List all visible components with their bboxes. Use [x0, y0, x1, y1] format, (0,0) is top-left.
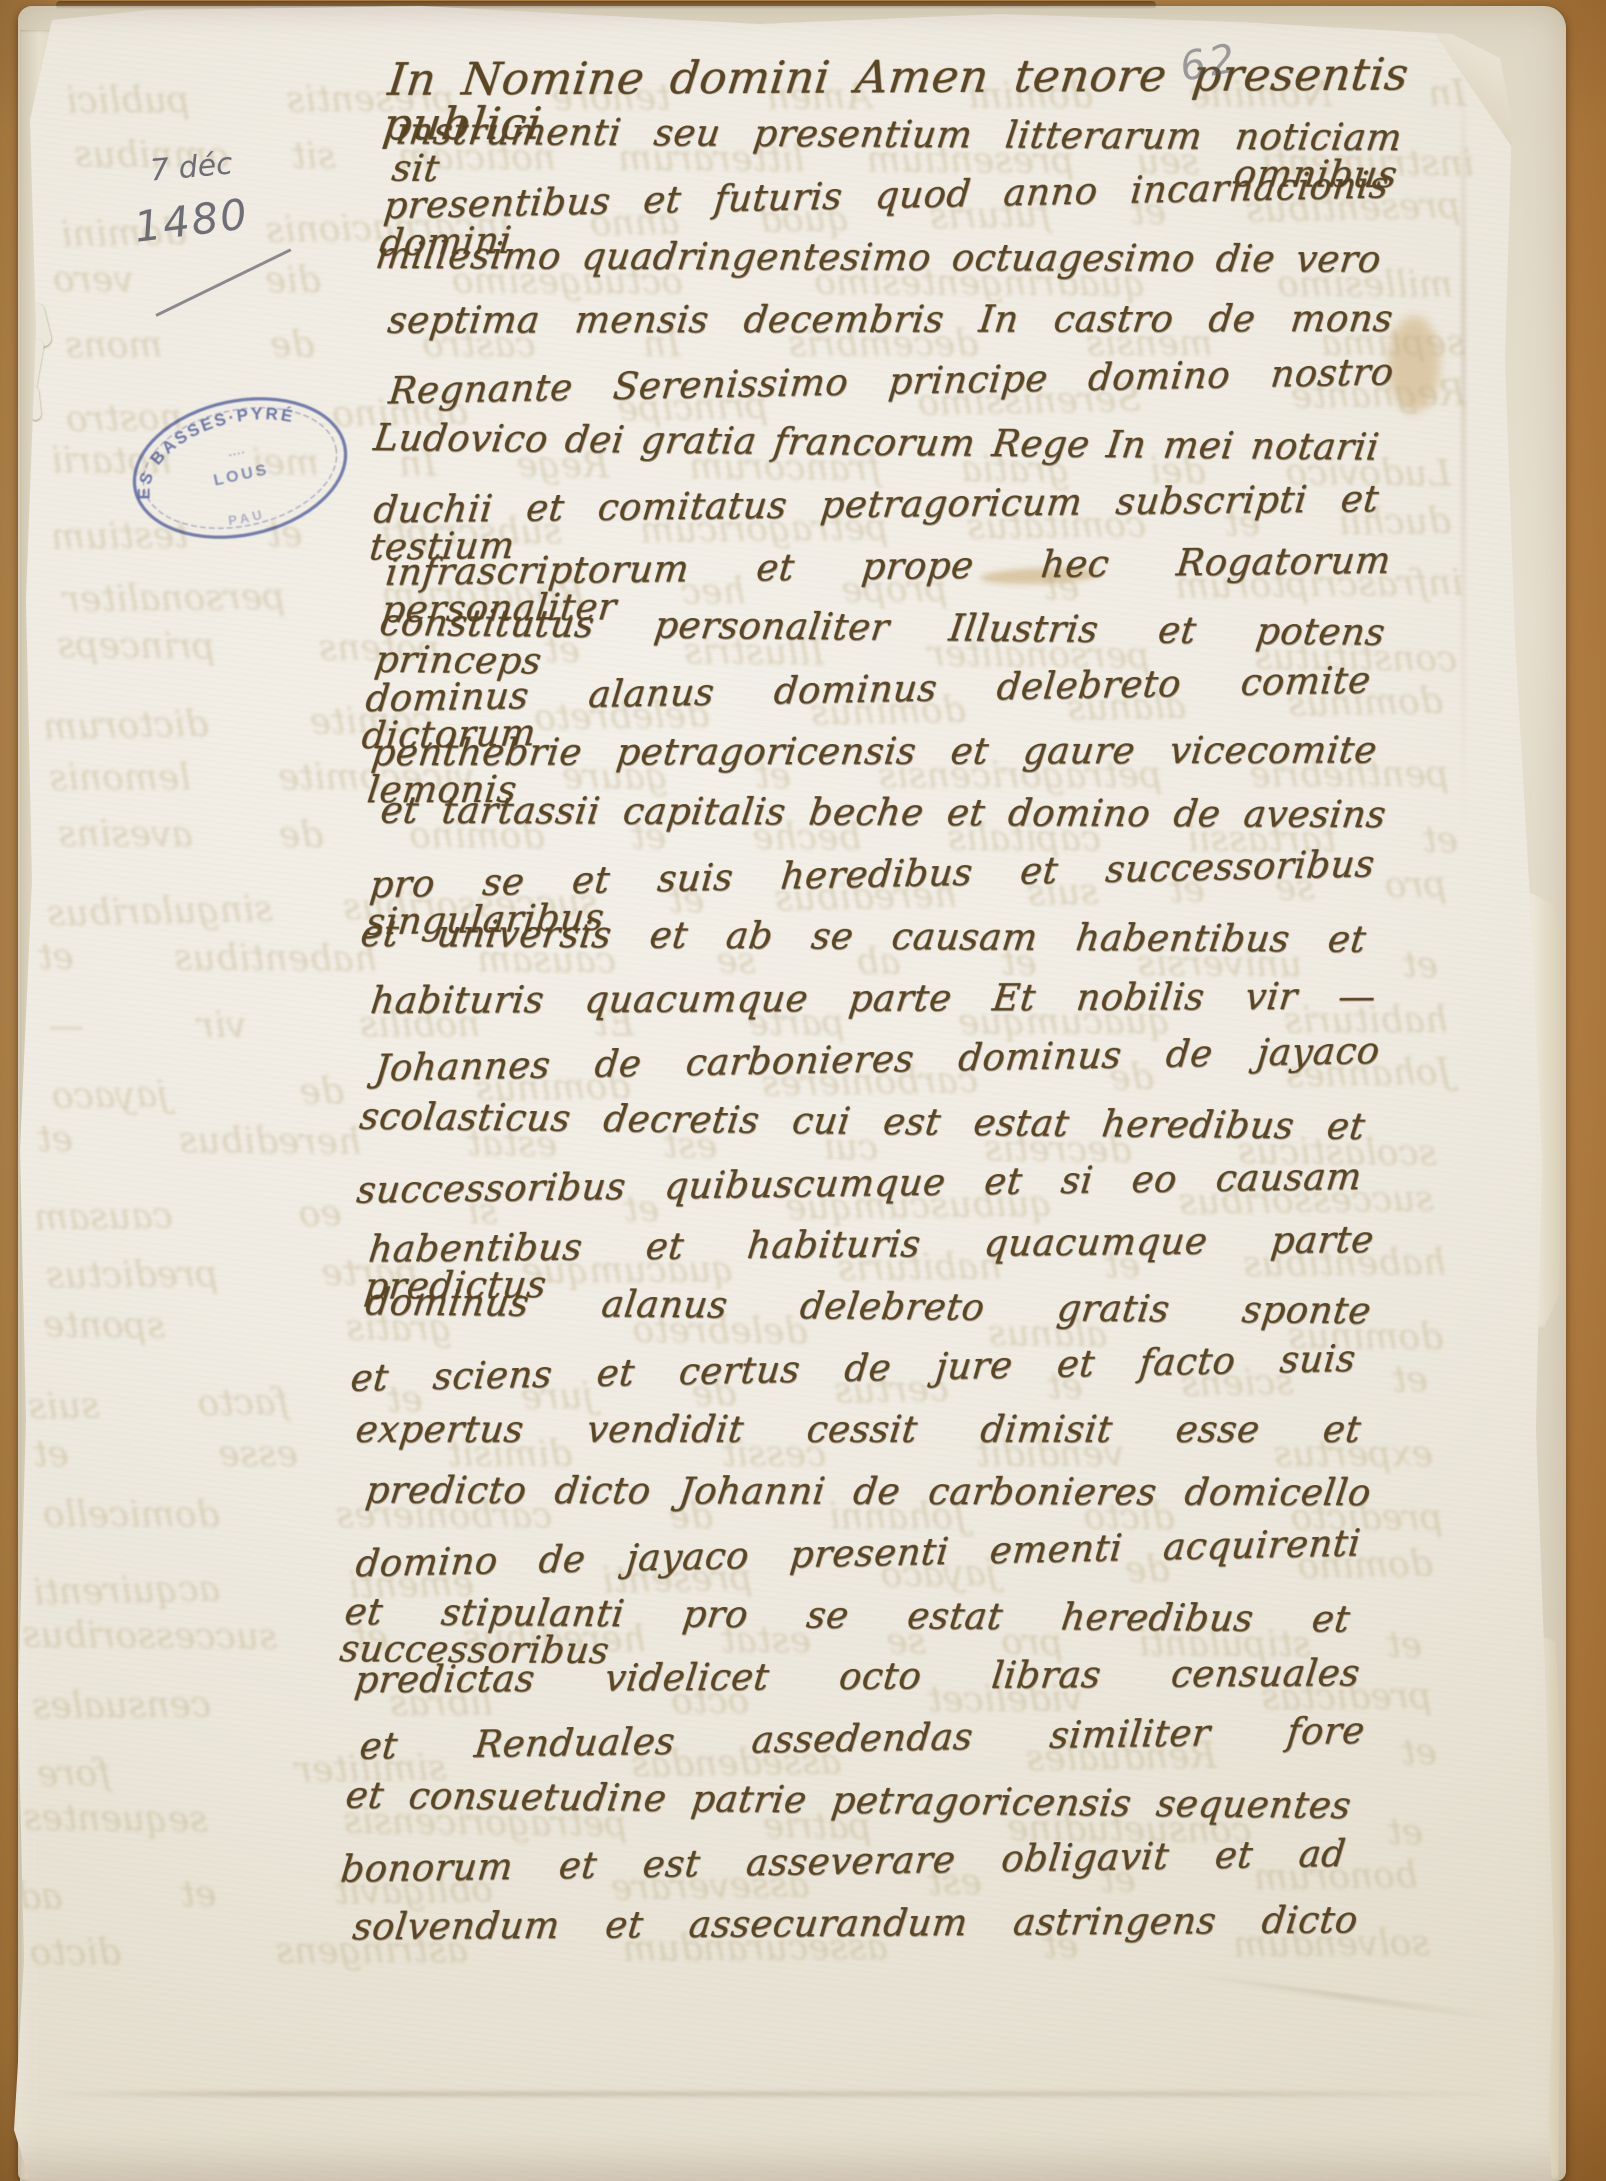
manuscript-line: duchii et comitatus petragoricum subscri… [370, 480, 1381, 543]
manuscript-line: infrascriptorum et prope hec Rogatorum p… [382, 542, 1393, 606]
showthrough-line: penthebrie petragoricensis et gaure vice… [49, 757, 1449, 813]
pencil-date-year: 1480 [131, 189, 251, 252]
showthrough-line: pro se et suis heredibus et successoribu… [46, 867, 1447, 948]
showthrough-line: infrascriptorum et prope hec Rogatorum p… [62, 565, 1463, 634]
showthrough-line: dominus alanus delebreto gratis sponte [43, 1308, 1443, 1372]
right-crease [1462, 70, 1465, 830]
showthrough-line: constitutus personaliter Illustris et po… [57, 628, 1457, 694]
bottom-crease [40, 2092, 1520, 2096]
manuscript-line: et tartassii capitalis beche et domino d… [377, 792, 1389, 849]
manuscript-photo-scene: In Nomine domini Amen tenore presentis p… [0, 0, 1606, 2181]
showthrough-line: millesimo quadringentesimo octuagesimo d… [53, 262, 1453, 319]
manuscript-line: instrumenti seu presentium litterarum no… [392, 112, 1404, 170]
manuscript-line: habentibus et habituris quacumque parte … [365, 1221, 1376, 1283]
ink-stain [1388, 316, 1440, 412]
manuscript-line: septima mensis decembris In castro de mo… [384, 300, 1395, 354]
manuscript-page: In Nomine domini Amen tenore presentis p… [0, 0, 1606, 2181]
manuscript-line: scolasticus decretis cui est estat hered… [355, 1098, 1367, 1160]
manuscript-line: et sciens et certus de jure et facto sui… [348, 1340, 1358, 1412]
showthrough-line: successoribus quibuscumque et si eo caus… [34, 1181, 1435, 1252]
showthrough-line: predicto dicto Johanni de carbonieres do… [43, 1497, 1443, 1552]
showthrough-line: et universis et ab se causam habentibus … [37, 940, 1437, 1000]
manuscript-line: et consuetudine patrie petragoricensis s… [341, 1776, 1353, 1838]
manuscript-line: presentibus et futuris quod anno incarna… [380, 167, 1390, 240]
showthrough-line: et stipulanti pro se estat heredibus et … [22, 1617, 1422, 1680]
manuscript-line: bonorum et est asseverare obligavit et a… [337, 1835, 1347, 1903]
paper-stain [980, 566, 1100, 586]
manuscript-line: habituris quacumque parte Et nobilis vir… [367, 977, 1378, 1033]
manuscript-line: constitutus personaliter Illustris et po… [376, 604, 1388, 666]
manuscript-line: Ludovico dei gratia francorum Rege In me… [370, 419, 1382, 481]
manuscript-line: millesimo quadringentesimo octuagesimo d… [372, 237, 1384, 293]
showthrough-line: predictas videlicet octo libras censuale… [31, 1679, 1431, 1741]
page-shading [0, 0, 1606, 2181]
stamp-center-text: LOUS [212, 461, 271, 489]
showthrough-line: et sciens et certus de jure et facto sui… [28, 1362, 1429, 1442]
manuscript-line: In Nomine domini Amen tenore presentis p… [385, 51, 1411, 108]
pencil-page-number: 62 [1176, 35, 1242, 91]
manuscript-line: Johannes de carbonieres dominus de jayac… [371, 1032, 1381, 1102]
showthrough-line: Johannes de carbonieres dominus de jayac… [51, 1055, 1452, 1131]
manuscript-line: dominus alanus dominus delebreto comite … [363, 662, 1373, 733]
archive-stamp: ES BASSES·PYRÉ ···· LOUS PAU [111, 370, 370, 567]
manuscript-line: pro se et suis heredibus et successoribu… [366, 846, 1376, 919]
showthrough-line: et Renduales assedendas similiter fore [36, 1735, 1437, 1809]
showthrough-line: dominus alanus dominus delebreto comite … [43, 684, 1444, 762]
manuscript-line: expertus vendidit cessit dimisit esse et [351, 1411, 1362, 1463]
showthrough-line: bonorum et est asseverare obligavit et a… [18, 1858, 1419, 1932]
manuscript-line: Regnante Serenissimo principe domino nos… [386, 353, 1396, 424]
manuscript-line: penthebrie petragoricensis et gaure vice… [368, 731, 1379, 786]
showthrough-line: In Nomine domini Amen tenore presentis p… [66, 76, 1466, 135]
showthrough-line: scolasticus decretis cui est estat hered… [37, 1122, 1437, 1188]
showthrough-line: instrumenti seu presentium litterarum no… [73, 137, 1473, 198]
manuscript-line: predictas videlicet octo libras censuale… [351, 1655, 1362, 1714]
showthrough-line: et consuetudine patrie petragoricensis s… [22, 1800, 1422, 1867]
manuscript-line: domino de jayaco presenti ementi acquire… [352, 1524, 1362, 1597]
top-edge-shadow [56, 1, 1156, 9]
showthrough-line: expertus vendidit cessit dimisit esse et [33, 1437, 1433, 1489]
showthrough-line: solvendum et assecurandum astringens dic… [30, 1926, 1430, 1988]
manuscript-line: et Renduales assedendas similiter fore [356, 1712, 1366, 1780]
manuscript-line: predicto dicto Johanni de carbonieres do… [361, 1472, 1373, 1526]
stamp-center-top-text: ···· [227, 445, 247, 463]
showthrough-line: domino de jayaco presenti ementi acquire… [32, 1546, 1433, 1627]
manuscript-line: solvendum et assecurandum astringens dic… [349, 1901, 1360, 1960]
showthrough-line: habentibus et habituris quacumque parte … [46, 1246, 1446, 1311]
manuscript-line: dominus alanus delebreto gratis sponte [361, 1284, 1373, 1345]
manuscript-line: et stipulanti pro se estat heredibus et … [341, 1593, 1353, 1652]
showthrough-line: septima mensis decembris In castro de mo… [65, 326, 1465, 380]
ink-text-layer: In Nomine domini Amen tenore presentis p… [0, 0, 1606, 2181]
manuscript-line: successoribus quibuscumque et si eo caus… [353, 1158, 1364, 1224]
pencil-underline-stroke [155, 248, 291, 316]
showthrough-line: et tartassii capitalis beche et domino d… [58, 817, 1458, 875]
showthrough-layer: In Nomine domini Amen tenore presentis p… [0, 0, 1606, 2181]
pencil-date-month: 7 déc [149, 146, 234, 188]
showthrough-line: habituris quacumque parte Et nobilis vir… [48, 1002, 1448, 1060]
bottom-right-crease [1181, 1972, 1508, 2021]
manuscript-line: et universis et ab se causam habentibus … [356, 915, 1368, 973]
